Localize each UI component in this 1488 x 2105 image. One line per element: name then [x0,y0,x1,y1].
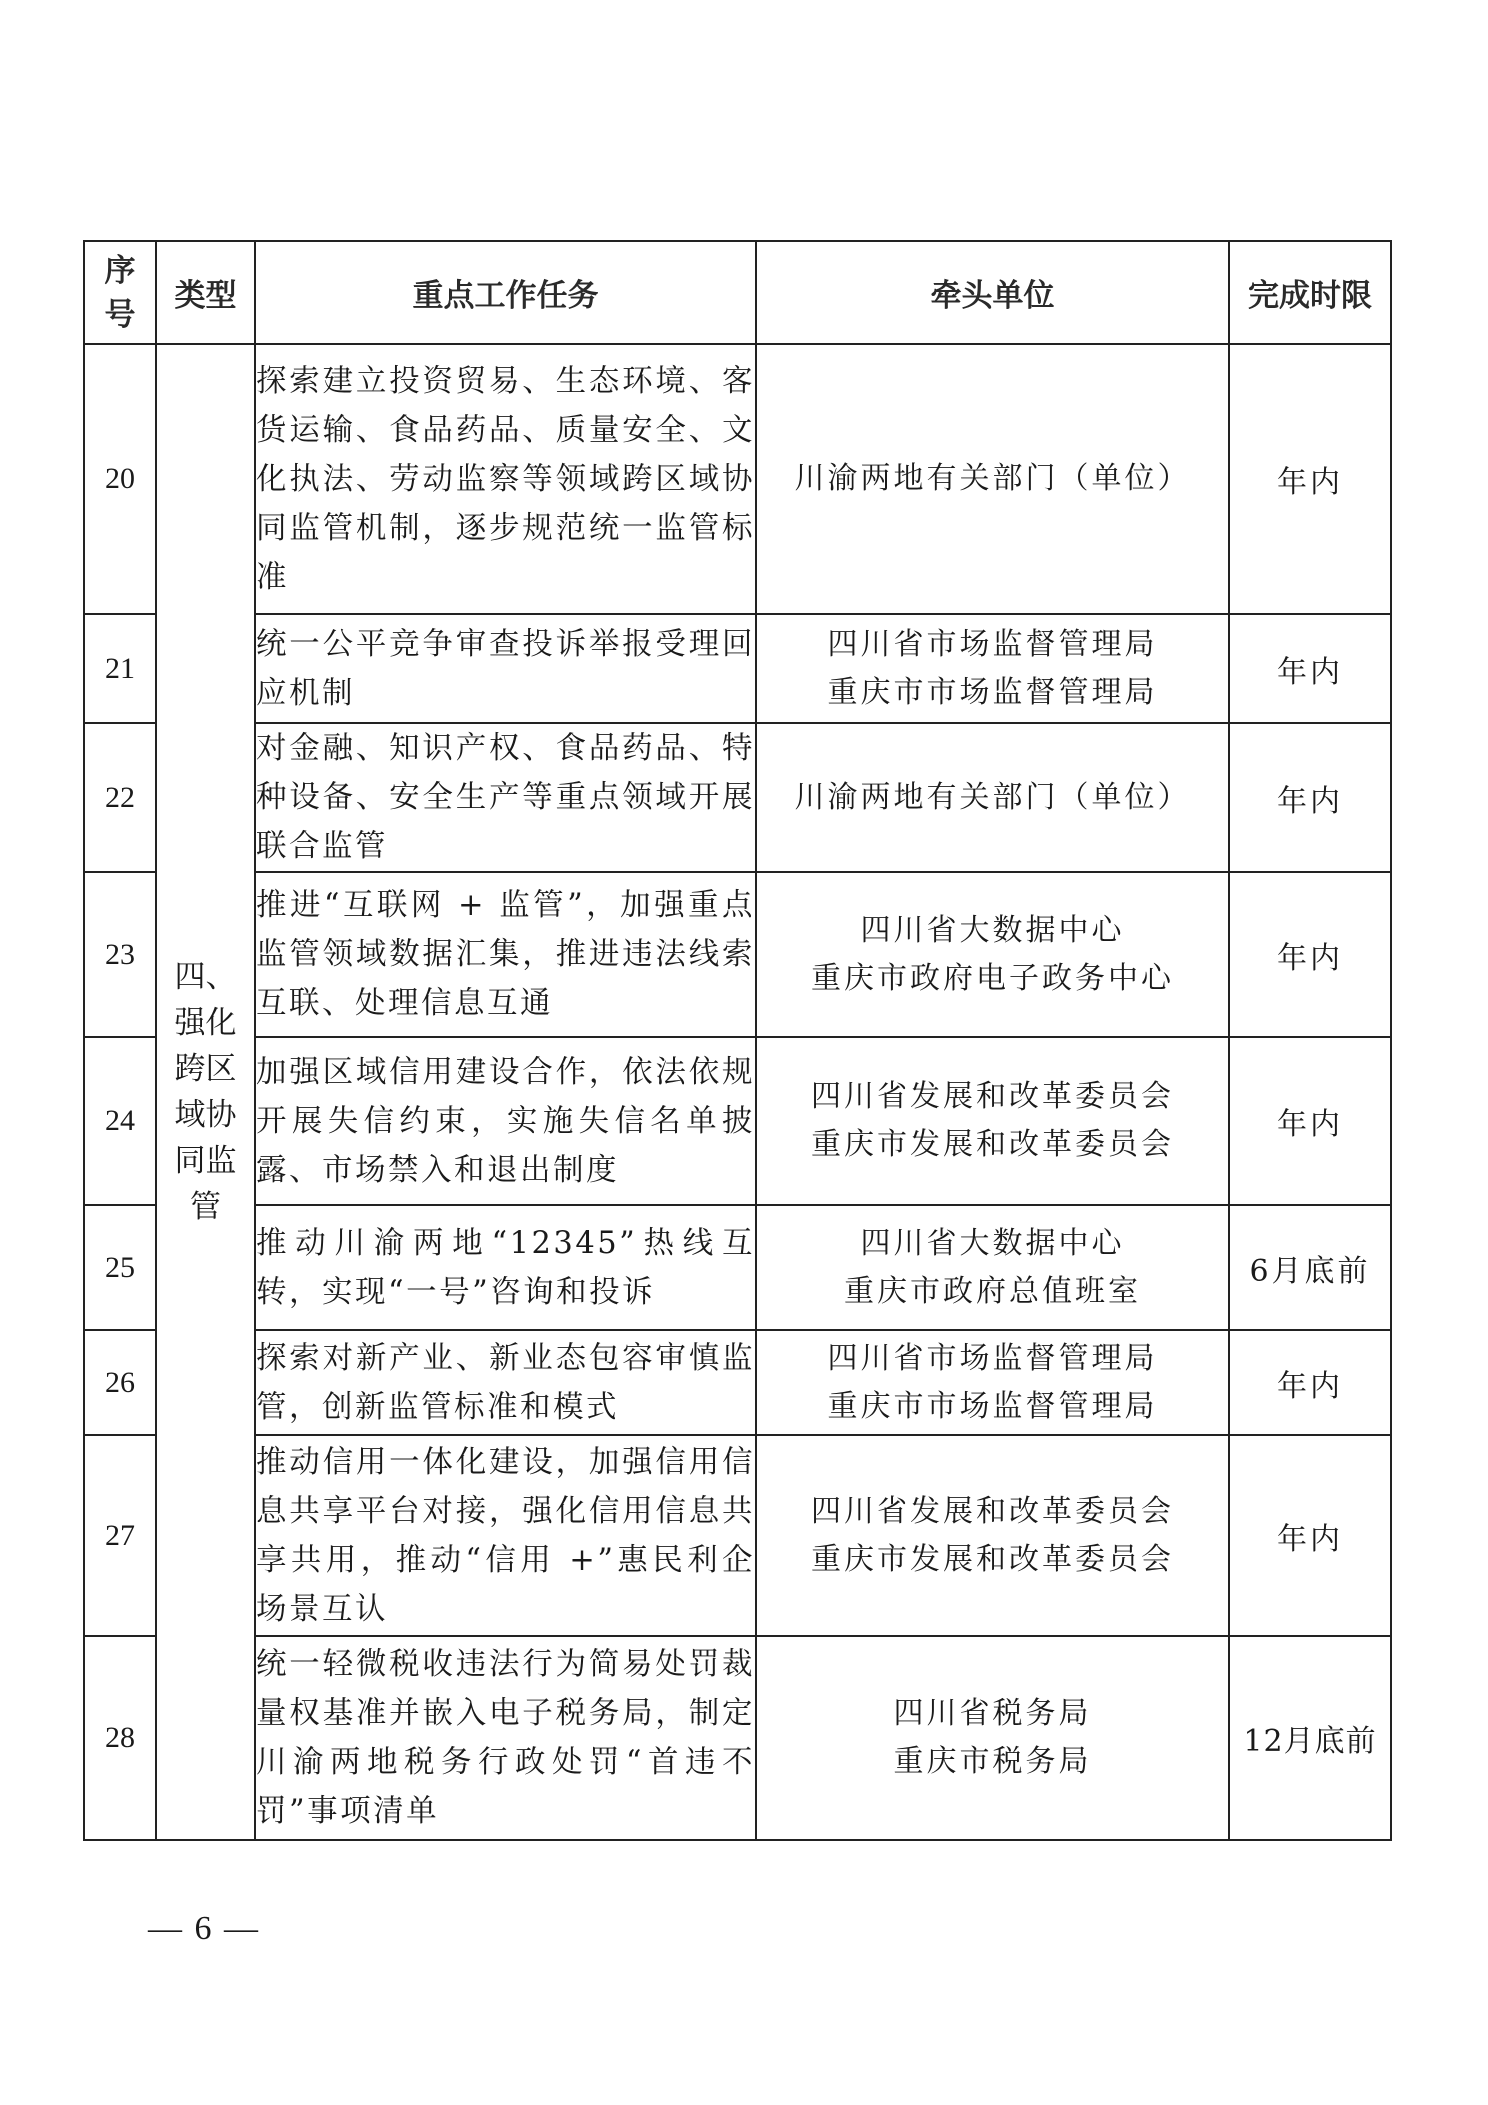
lead-unit: 四川省发展和改革委员会 [757,1488,1228,1536]
row-number: 20 [84,344,156,614]
task-cell: 推动信用一体化建设，加强信用信息共享平台对接，强化信用信息共享共用，推动“信用 … [255,1435,756,1636]
document-page: 序号 类型 重点工作任务 牵头单位 完成时限 20 四、强化跨区域协同监管 探索… [0,0,1488,2105]
lead-cell: 四川省大数据中心重庆市政府电子政务中心 [756,872,1229,1037]
task-cell: 统一公平竞争审查投诉举报受理回应机制 [255,614,756,723]
lead-unit: 重庆市市场监督管理局 [757,669,1228,717]
task-cell: 探索对新产业、新业态包容审慎监管，创新监管标准和模式 [255,1330,756,1435]
deadline-cell: 年内 [1229,872,1391,1037]
deadline-cell: 6月底前 [1229,1205,1391,1330]
deadline-cell: 年内 [1229,1435,1391,1636]
table-row: 26 探索对新产业、新业态包容审慎监管，创新监管标准和模式 四川省市场监督管理局… [84,1330,1391,1435]
table-header-row: 序号 类型 重点工作任务 牵头单位 完成时限 [84,241,1391,344]
deadline-cell: 年内 [1229,1037,1391,1205]
lead-unit: 四川省发展和改革委员会 [757,1073,1228,1121]
table-row: 20 四、强化跨区域协同监管 探索建立投资贸易、生态环境、客货运输、食品药品、质… [84,344,1391,614]
lead-cell: 四川省市场监督管理局重庆市市场监督管理局 [756,1330,1229,1435]
table-row: 28 统一轻微税收违法行为简易处罚裁量权基准并嵌入电子税务局，制定川渝两地税务行… [84,1636,1391,1840]
task-cell: 推进“互联网 + 监管”，加强重点监管领域数据汇集，推进违法线索互联、处理信息互… [255,872,756,1037]
row-number: 27 [84,1435,156,1636]
category-cell: 四、强化跨区域协同监管 [156,344,255,1840]
deadline-cell: 12月底前 [1229,1636,1391,1840]
header-seq: 序号 [84,241,156,344]
lead-unit: 重庆市市场监督管理局 [757,1383,1228,1431]
task-cell: 加强区域信用建设合作，依法依规开展失信约束，实施失信名单披露、市场禁入和退出制度 [255,1037,756,1205]
row-number: 28 [84,1636,156,1840]
table-row: 25 推动川渝两地“12345”热线互转，实现“一号”咨询和投诉 四川省大数据中… [84,1205,1391,1330]
row-number: 21 [84,614,156,723]
header-category: 类型 [156,241,255,344]
lead-cell: 四川省市场监督管理局重庆市市场监督管理局 [756,614,1229,723]
lead-cell: 川渝两地有关部门（单位） [756,723,1229,872]
task-cell: 推动川渝两地“12345”热线互转，实现“一号”咨询和投诉 [255,1205,756,1330]
lead-cell: 四川省发展和改革委员会重庆市发展和改革委员会 [756,1037,1229,1205]
row-number: 22 [84,723,156,872]
table-row: 24 加强区域信用建设合作，依法依规开展失信约束，实施失信名单披露、市场禁入和退… [84,1037,1391,1205]
deadline-cell: 年内 [1229,344,1391,614]
row-number: 26 [84,1330,156,1435]
lead-unit: 重庆市税务局 [757,1738,1228,1786]
task-table: 序号 类型 重点工作任务 牵头单位 完成时限 20 四、强化跨区域协同监管 探索… [83,240,1392,1841]
row-number: 23 [84,872,156,1037]
lead-unit: 川渝两地有关部门（单位） [757,774,1228,822]
lead-unit: 重庆市政府总值班室 [757,1268,1228,1316]
lead-unit: 四川省大数据中心 [757,907,1228,955]
header-seq-label: 序号 [103,249,137,337]
table-row: 23 推进“互联网 + 监管”，加强重点监管领域数据汇集，推进违法线索互联、处理… [84,872,1391,1037]
lead-unit: 四川省市场监督管理局 [757,1335,1228,1383]
deadline-cell: 年内 [1229,614,1391,723]
header-deadline: 完成时限 [1229,241,1391,344]
lead-unit: 四川省税务局 [757,1690,1228,1738]
table-row: 22 对金融、知识产权、食品药品、特种设备、安全生产等重点领域开展联合监管 川渝… [84,723,1391,872]
table-row: 21 统一公平竞争审查投诉举报受理回应机制 四川省市场监督管理局重庆市市场监督管… [84,614,1391,723]
lead-unit: 四川省市场监督管理局 [757,621,1228,669]
lead-unit: 四川省大数据中心 [757,1220,1228,1268]
task-cell: 对金融、知识产权、食品药品、特种设备、安全生产等重点领域开展联合监管 [255,723,756,872]
lead-unit: 重庆市政府电子政务中心 [757,955,1228,1003]
lead-cell: 四川省发展和改革委员会重庆市发展和改革委员会 [756,1435,1229,1636]
header-lead: 牵头单位 [756,241,1229,344]
lead-unit: 川渝两地有关部门（单位） [757,455,1228,503]
lead-unit: 重庆市发展和改革委员会 [757,1536,1228,1584]
deadline-cell: 年内 [1229,723,1391,872]
row-number: 24 [84,1037,156,1205]
table-row: 27 推动信用一体化建设，加强信用信息共享平台对接，强化信用信息共享共用，推动“… [84,1435,1391,1636]
lead-cell: 四川省税务局重庆市税务局 [756,1636,1229,1840]
lead-cell: 川渝两地有关部门（单位） [756,344,1229,614]
header-task: 重点工作任务 [255,241,756,344]
task-cell: 统一轻微税收违法行为简易处罚裁量权基准并嵌入电子税务局，制定川渝两地税务行政处罚… [255,1636,756,1840]
page-number: — 6 — [148,1910,260,1948]
deadline-cell: 年内 [1229,1330,1391,1435]
category-label: 四、强化跨区域协同监管 [174,954,238,1230]
row-number: 25 [84,1205,156,1330]
task-cell: 探索建立投资贸易、生态环境、客货运输、食品药品、质量安全、文化执法、劳动监察等领… [255,344,756,614]
lead-unit: 重庆市发展和改革委员会 [757,1121,1228,1169]
lead-cell: 四川省大数据中心重庆市政府总值班室 [756,1205,1229,1330]
